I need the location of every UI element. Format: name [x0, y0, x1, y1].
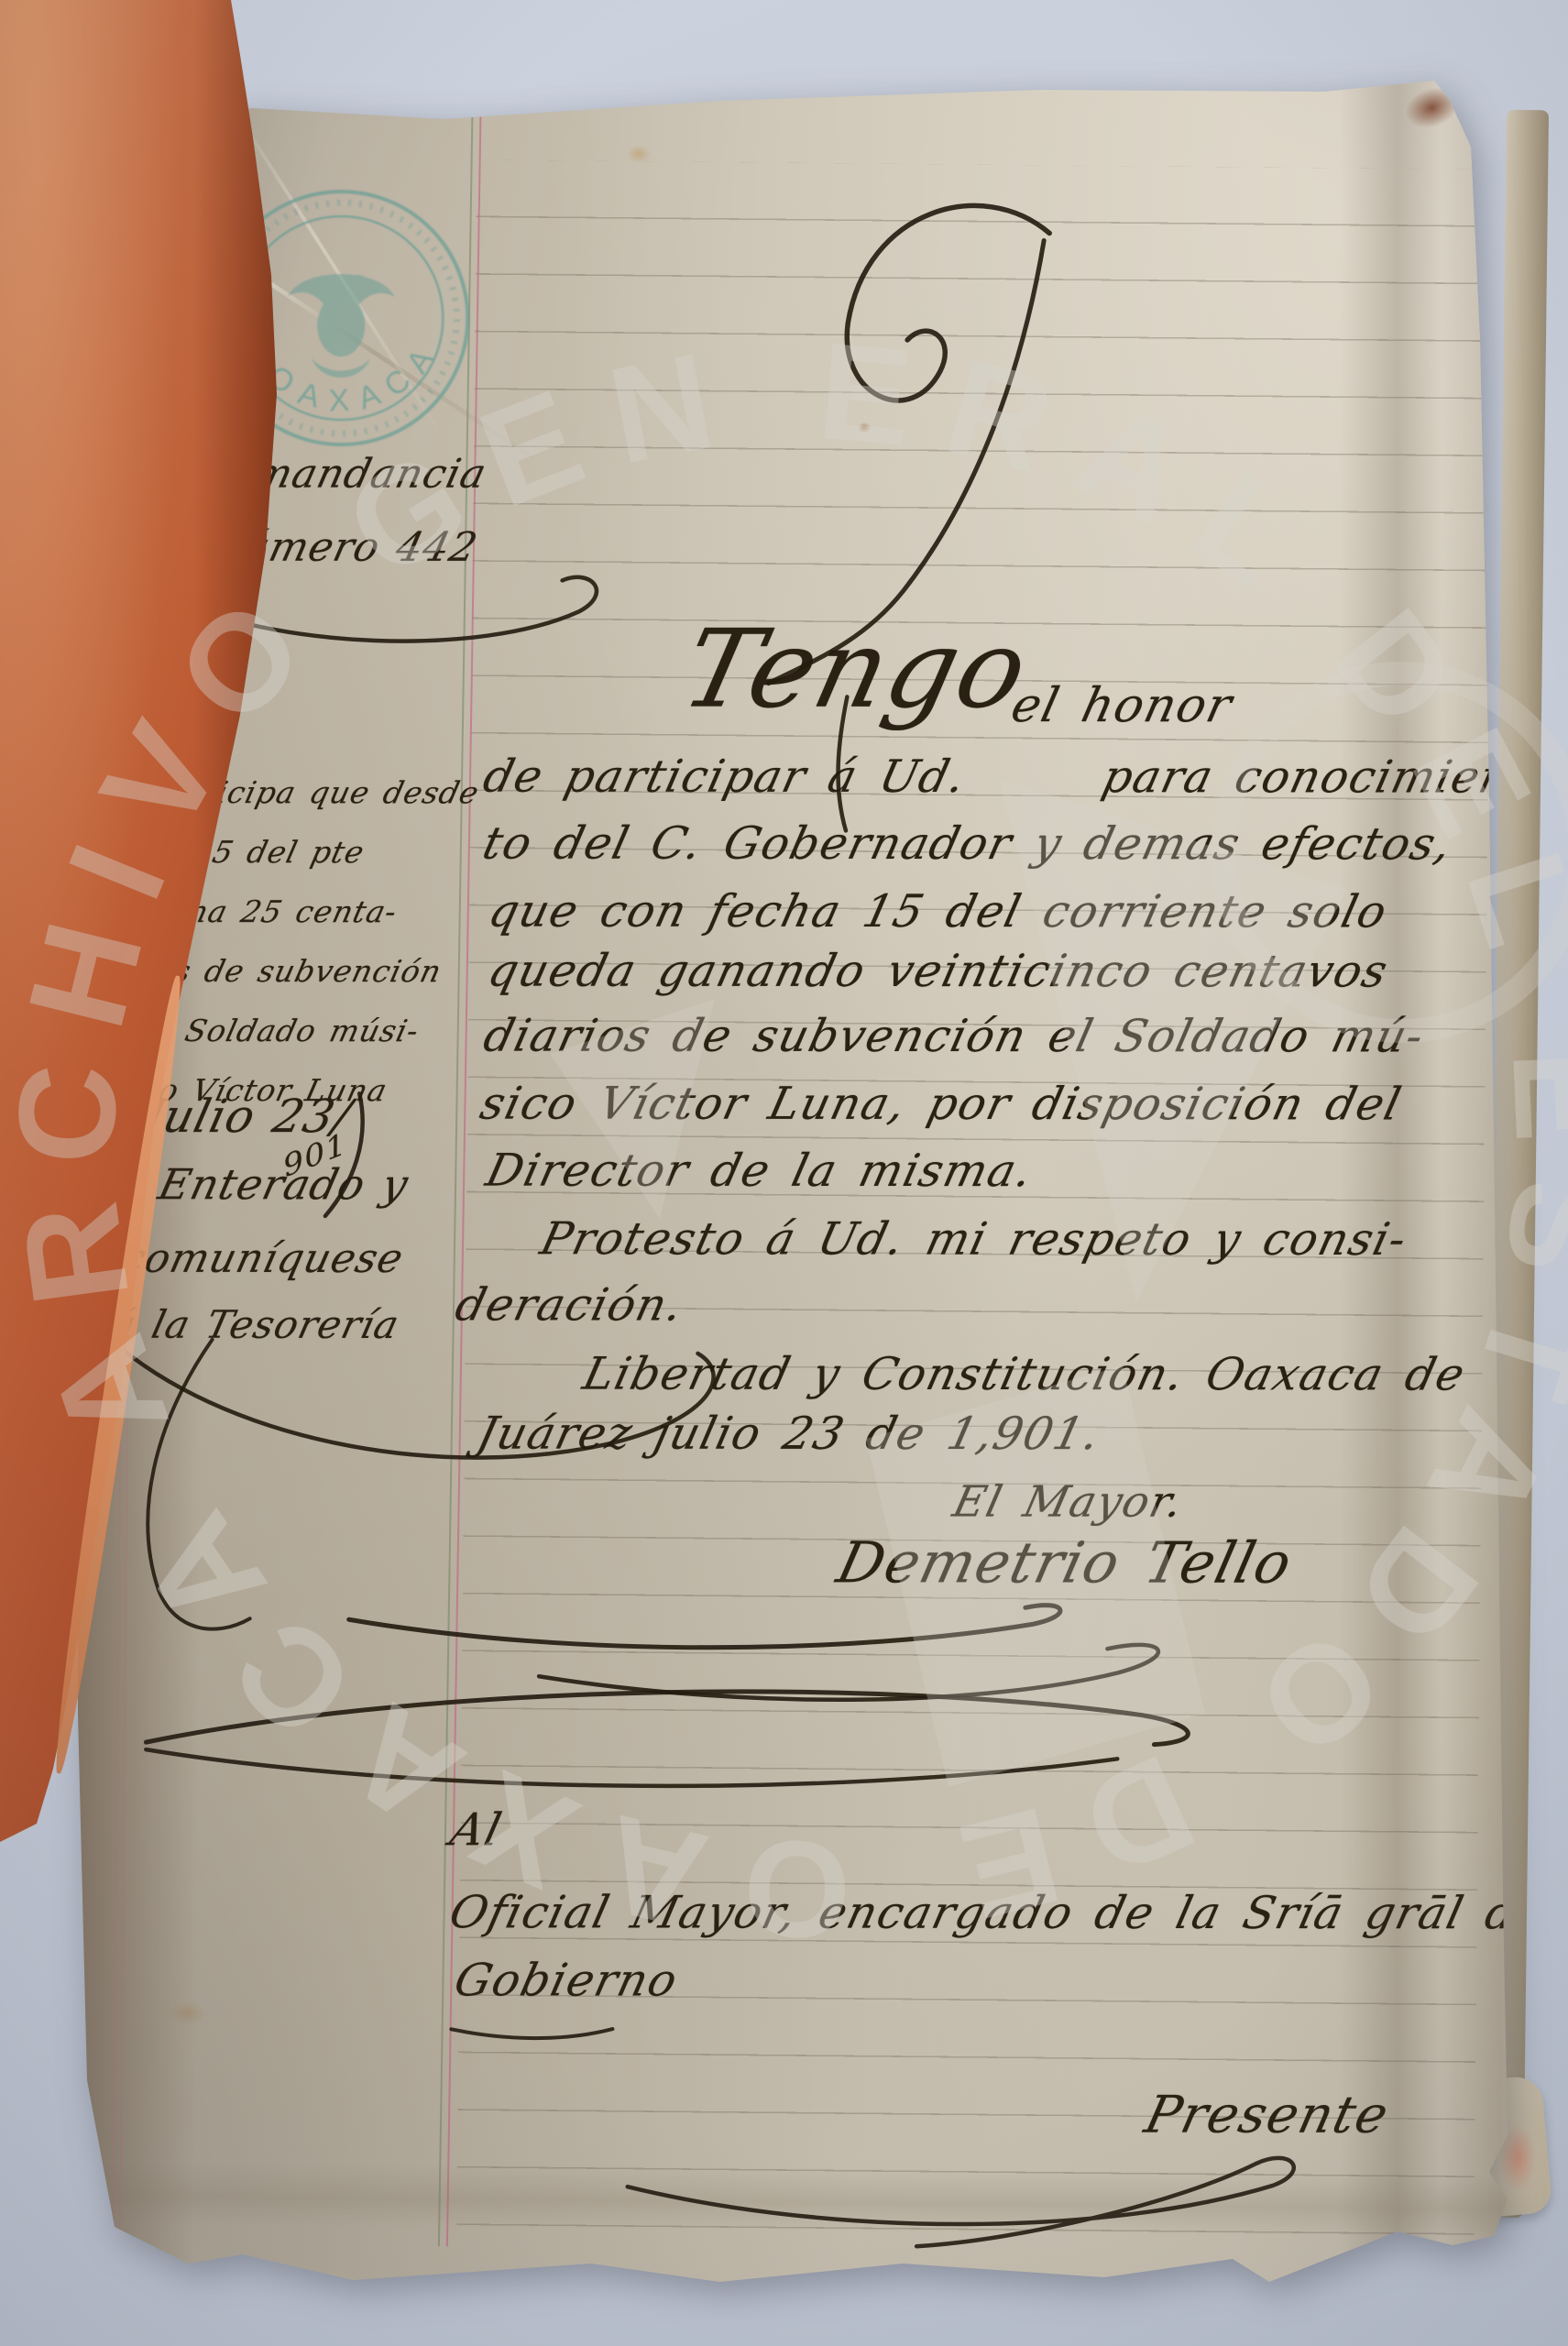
photo-of-manuscript: OAXACA Comandancia Número 442 Participa …	[0, 0, 1568, 2346]
ink-flourishes	[57, 57, 1544, 2293]
document-sheet: OAXACA Comandancia Número 442 Participa …	[78, 64, 1544, 2286]
